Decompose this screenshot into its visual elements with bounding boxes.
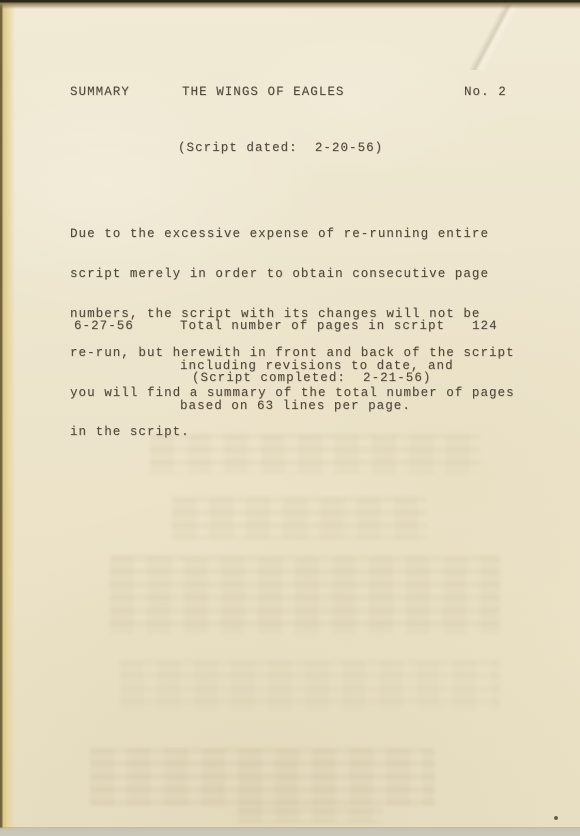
scanned-document-page: SUMMARY THE WINGS OF EAGLES No. 2 (Scrip…	[0, 0, 580, 836]
bleed-through-text	[172, 497, 427, 539]
revision-date: 6-27-56	[74, 320, 134, 333]
total-pages-line: based on 63 lines per page.	[180, 400, 454, 413]
total-pages-description: Total number of pages in script includin…	[180, 294, 454, 439]
bleed-through-text	[120, 660, 500, 710]
paragraph-line: Due to the excessive expense of re-runni…	[70, 228, 515, 241]
script-dated-line: (Script dated: 2-20-56)	[178, 142, 383, 155]
scan-edge-top	[0, 0, 580, 10]
document-title: THE WINGS OF EAGLES	[182, 86, 344, 99]
scan-edge-left	[0, 0, 16, 830]
bleed-through-text	[90, 748, 435, 806]
bleed-through-text	[238, 808, 383, 823]
corner-crease	[410, 0, 580, 70]
scan-edge-bottom	[0, 827, 580, 836]
ink-fleck	[554, 816, 558, 820]
script-completed-line: (Script completed: 2-21-56)	[192, 372, 431, 385]
document-number: No. 2	[464, 86, 507, 99]
header-summary-label: SUMMARY	[70, 86, 130, 99]
bleed-through-text	[110, 556, 500, 634]
paragraph-line: script merely in order to obtain consecu…	[70, 268, 515, 281]
total-pages-line: Total number of pages in script	[180, 320, 454, 333]
total-page-count: 124	[472, 320, 498, 333]
